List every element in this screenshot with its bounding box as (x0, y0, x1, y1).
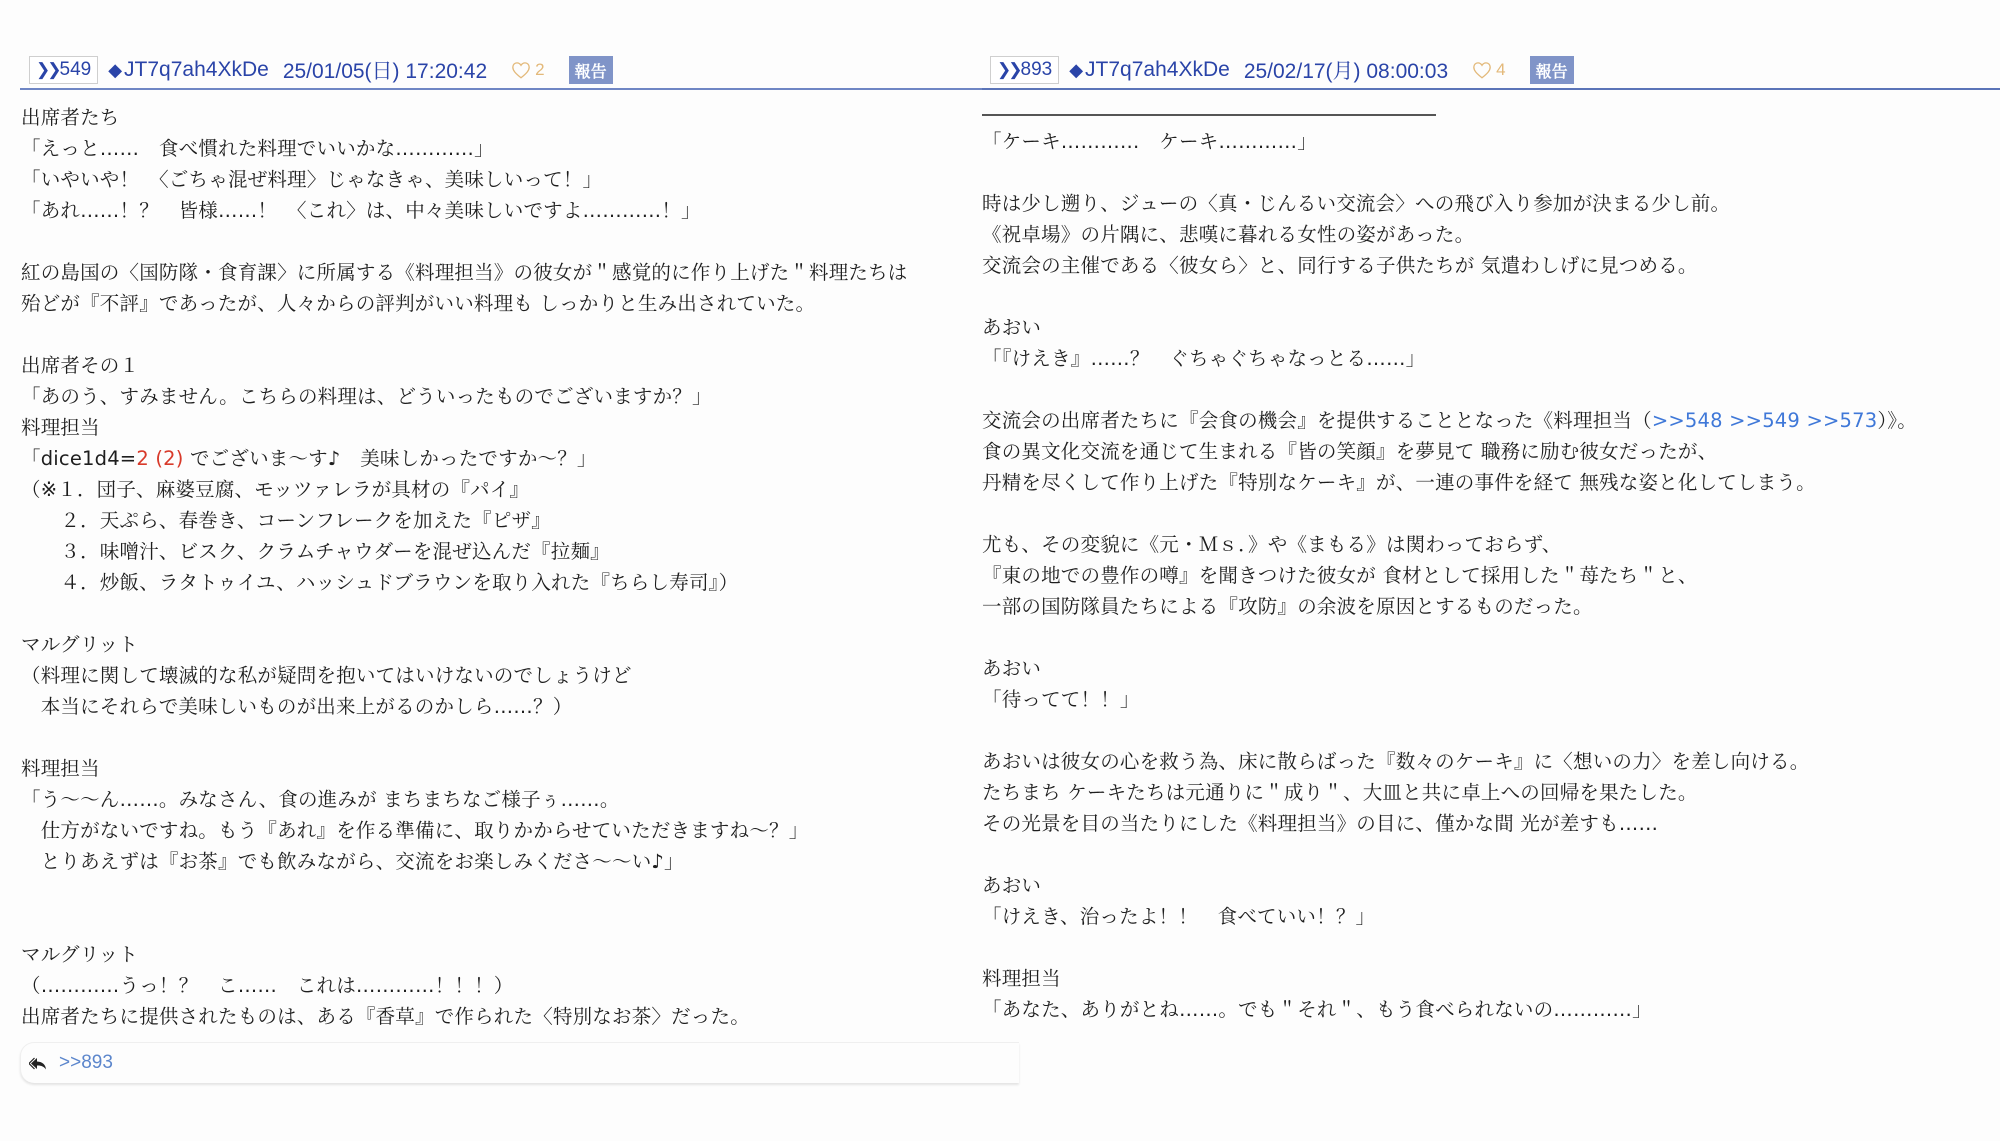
double-chevron-icon: ❯❯ (997, 60, 1020, 80)
post-header: ❯❯ 893 ◆JT7q7ah4XkDe 25/02/17(月) 08:00:0… (990, 52, 2000, 88)
text-prefix: 交流会の出席者たちに『会食の機会』を提供することとなった《料理担当（ (982, 409, 1652, 432)
body-line: ２．天ぷら、春巻き、コーンフレークを加えた『ピザ』 (21, 505, 986, 536)
blank-line (21, 319, 986, 350)
body-line: 『東の地での豊作の噂』を聞きつけた彼女が 食材として採用した＂苺たち＂と、 (982, 560, 2000, 591)
body-line: とりあえずは『お茶』でも飲みながら、交流をお楽しみくださ〜〜い♪」 (21, 846, 986, 877)
replies-bar: >>893 (20, 1042, 1019, 1083)
body-line: 一部の国防隊員たちによる『攻防』の余波を原因とするものだった。 (982, 591, 2000, 622)
post-datetime: 25/01/05(日) 17:20:42 (283, 55, 487, 85)
body-line: 本当にそれらで美味しいものが出来上がるのかしら……？） (21, 691, 986, 722)
body-line: 「けえき、治ったよ！！ 食べていい！？」 (982, 901, 2000, 932)
blank-line (982, 932, 2000, 963)
blank-line (982, 281, 2000, 312)
blank-line (982, 715, 2000, 746)
blank-line (982, 157, 2000, 188)
body-line: 紅の島国の〈国防隊・食育課〉に所属する《料理担当》の彼女が＂感覚的に作り上げた＂… (21, 257, 986, 288)
like-button[interactable]: 2 (511, 60, 544, 80)
body-line: ３．味噌汁、ビスク、クラムチャウダーを混ぜ込んだ『拉麺』 (21, 536, 986, 567)
body-line: 料理担当 (21, 753, 986, 784)
double-chevron-icon: ❯❯ (36, 60, 59, 80)
blank-line (21, 226, 986, 257)
body-line: 「う〜〜ん……。みなさん、食の進みが まちまちなご様子ぅ……。 (21, 784, 986, 815)
heart-icon (1472, 61, 1492, 79)
reply-link-893[interactable]: >>893 (59, 1052, 113, 1074)
post-body: 出席者たち「えっと…… 食べ慣れた料理でいいかな…………」「いやいや！ 〈ごちゃ… (21, 102, 986, 1032)
blank-line (21, 908, 986, 939)
header-divider (20, 88, 1006, 90)
report-button[interactable]: 報告 (1530, 56, 1574, 84)
author-id[interactable]: ◆JT7q7ah4XkDe (108, 58, 269, 82)
body-line: 「あれ……！？ 皆様……！ 〈これ〉は、中々美味しいですよ…………！」 (21, 195, 986, 226)
dice-prefix: 「dice1d4= (21, 447, 136, 470)
text-suffix: ）》。 (1877, 409, 1917, 432)
body-line: 「『けえき』……？ ぐちゃぐちゃなっとる……」 (982, 343, 2000, 374)
body-line: 料理担当 (982, 963, 2000, 994)
diamond-icon: ◆ (108, 60, 122, 80)
blank-line (21, 877, 986, 908)
post-body: 「ケーキ………… ケーキ…………」時は少し遡り、ジューの〈真・じんるい交流会〉へ… (982, 102, 2000, 1025)
like-button[interactable]: 4 (1472, 60, 1505, 80)
section-divider (982, 114, 1436, 116)
dice-suffix: でございま〜す♪ 美味しかったですか〜？」 (184, 447, 597, 470)
body-line: マルグリット (21, 939, 986, 970)
anchor-link-549[interactable]: >>549 (1729, 409, 1800, 432)
res-number: 893 (1021, 59, 1053, 81)
body-line: 殆どが『不評』であったが、人々からの評判がいい料理も しっかりと生み出されていた… (21, 288, 986, 319)
body-line: たちまち ケーキたちは元通りに＂成り＂、大皿と共に卓上への回帰を果たした。 (982, 777, 2000, 808)
body-line: ４．炒飯、ラタトゥイユ、ハッシュドブラウンを取り入れた『ちらし寿司』） (21, 567, 986, 598)
res-number-button[interactable]: ❯❯ 549 (29, 56, 98, 84)
body-line: あおい (982, 870, 2000, 901)
body-line: 「えっと…… 食べ慣れた料理でいいかな…………」 (21, 133, 986, 164)
body-line: あおい (982, 312, 2000, 343)
post-header: ❯❯ 549 ◆JT7q7ah4XkDe 25/01/05(日) 17:20:4… (29, 52, 986, 88)
body-line: （※１．団子、麻婆豆腐、モッツァレラが具材の『パイ』 (21, 474, 986, 505)
body-line: 「あのう、すみません。こちらの料理は、どういったものでございますか？」 (21, 381, 986, 412)
post-datetime: 25/02/17(月) 08:00:03 (1244, 55, 1448, 85)
report-button[interactable]: 報告 (569, 56, 613, 84)
blank-line (21, 598, 986, 629)
dice-line: 「dice1d4=2 (2) でございま〜す♪ 美味しかったですか〜？」 (21, 443, 986, 474)
body-line: 食の異文化交流を通じて生まれる『皆の笑顔』を夢見て 職務に励む彼女だったが、 (982, 436, 2000, 467)
like-count: 2 (535, 60, 544, 80)
anchor-link-548[interactable]: >>548 (1652, 409, 1723, 432)
res-number: 549 (60, 59, 92, 81)
author-id[interactable]: ◆JT7q7ah4XkDe (1069, 58, 1230, 82)
blank-line (982, 374, 2000, 405)
body-line: 交流会の主催である〈彼女ら〉と、同行する子供たちが 気遣わしげに見つめる。 (982, 250, 2000, 281)
body-line: マルグリット (21, 629, 986, 660)
body-line: （…………うっ！？ こ…… これは…………！！！） (21, 970, 986, 1001)
body-line: 「あなた、ありがとね……。でも＂それ＂、もう食べられないの…………」 (982, 994, 2000, 1025)
heart-icon (511, 61, 531, 79)
body-line: 時は少し遡り、ジューの〈真・じんるい交流会〉への飛び入り参加が決まる少し前。 (982, 188, 2000, 219)
blank-line (982, 622, 2000, 653)
body-line-with-anchors: 交流会の出席者たちに『会食の機会』を提供することとなった《料理担当（>>548 … (982, 405, 2000, 436)
body-line: あおい (982, 653, 2000, 684)
body-line: 「いやいや！ 〈ごちゃ混ぜ料理〉じゃなきゃ、美味しいって！」 (21, 164, 986, 195)
header-divider (982, 88, 2000, 90)
like-count: 4 (1496, 60, 1505, 80)
body-line: あおいは彼女の心を救う為、床に散らばった『数々のケーキ』に〈想いの力〉を差し向け… (982, 746, 2000, 777)
post-549: ❯❯ 549 ◆JT7q7ah4XkDe 25/01/05(日) 17:20:4… (20, 0, 986, 1141)
body-line: 尤も、その変貌に《元・Ｍｓ．》や《まもる》は関わっておらず、 (982, 529, 2000, 560)
body-line: 「ケーキ………… ケーキ…………」 (982, 126, 2000, 157)
blank-line (982, 498, 2000, 529)
blank-line (982, 839, 2000, 870)
res-number-button[interactable]: ❯❯ 893 (990, 56, 1059, 84)
body-line: （料理に関して壊滅的な私が疑問を抱いてはいけないのでしょうけど (21, 660, 986, 691)
anchor-link-573[interactable]: >>573 (1806, 409, 1877, 432)
diamond-icon: ◆ (1069, 60, 1083, 80)
body-line: 出席者たち (21, 102, 986, 133)
dice-result: 2 (2) (136, 447, 183, 470)
blank-line (21, 722, 986, 753)
reply-arrows-icon (29, 1055, 51, 1071)
body-line: 出席者その１ (21, 350, 986, 381)
post-893: ❯❯ 893 ◆JT7q7ah4XkDe 25/02/17(月) 08:00:0… (982, 0, 2000, 1141)
body-line: その光景を目の当たりにした《料理担当》の目に、僅かな間 光が差すも…… (982, 808, 2000, 839)
body-line: 「待ってて！！」 (982, 684, 2000, 715)
body-line: 出席者たちに提供されたものは、ある『香草』で作られた〈特別なお茶〉だった。 (21, 1001, 986, 1032)
body-line: 《祝卓場》の片隅に、悲嘆に暮れる女性の姿があった。 (982, 219, 2000, 250)
body-line: 仕方がないですね。もう『あれ』を作る準備に、取りかからせていただきますね〜？」 (21, 815, 986, 846)
body-line: 料理担当 (21, 412, 986, 443)
body-line: 丹精を尽くして作り上げた『特別なケーキ』が、一連の事件を経て 無残な姿と化してし… (982, 467, 2000, 498)
